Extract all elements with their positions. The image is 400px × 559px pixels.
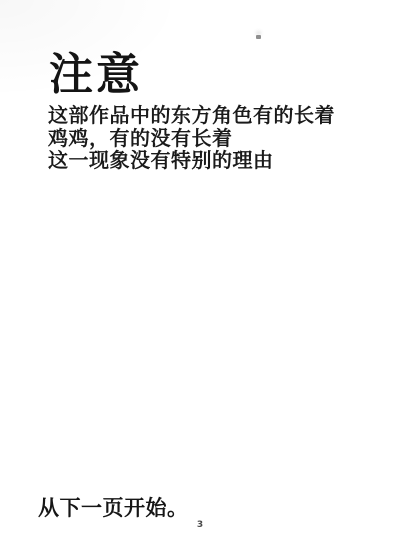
page-number: 3 xyxy=(194,520,206,530)
footer-text: 从下一页开始。 xyxy=(38,492,189,522)
scanned-notice-page: 注意 这部作品中的东方角色有的长着 鸡鸡，有的没有长着 这一现象没有特别的理由 … xyxy=(0,0,400,559)
notice-body-line-1: 这部作品中的东方角色有的长着 xyxy=(48,104,335,127)
scan-artifact-dot xyxy=(256,35,261,39)
notice-body-line-3: 这一现象没有特别的理由 xyxy=(48,149,335,172)
notice-body: 这部作品中的东方角色有的长着 鸡鸡，有的没有长着 这一现象没有特别的理由 xyxy=(48,104,335,172)
notice-title: 注意 xyxy=(49,50,143,100)
notice-body-line-2: 鸡鸡，有的没有长着 xyxy=(48,127,335,150)
